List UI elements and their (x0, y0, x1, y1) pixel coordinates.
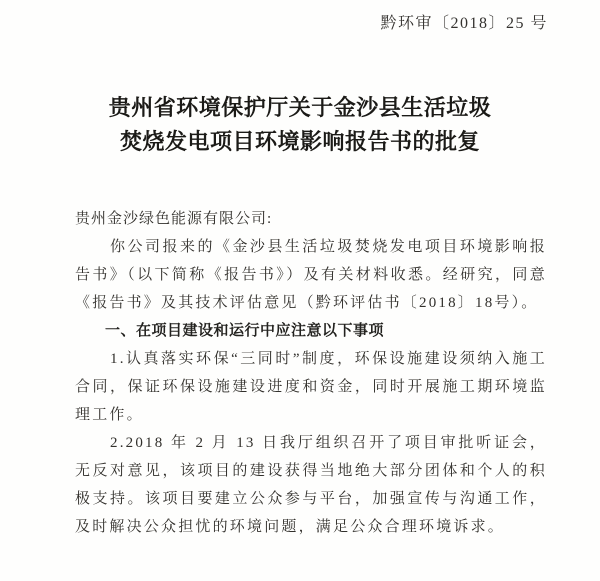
paragraph-receipt-approval: 你公司报来的《金沙县生活垃圾焚烧发电项目环境影响报告书》（以下简称《报告书》）及… (75, 233, 547, 317)
paragraph-item-2-public-hearing: 2.2018 年 2 月 13 日我厅组织召开了项目审批听证会，无反对意见，该项… (75, 429, 547, 541)
section-heading-notes: 一、在项目建设和运行中应注意以下事项 (75, 317, 547, 345)
document-body: 贵州金沙绿色能源有限公司: 你公司报来的《金沙县生活垃圾焚烧发电项目环境影响报告… (75, 205, 547, 541)
paragraph-item-1-three-simultaneous: 1.认真落实环保“三同时”制度，环保设施建设须纳入施工合同，保证环保设施建设进度… (75, 345, 547, 429)
document-title-line-2: 焚烧发电项目环境影响报告书的批复 (30, 125, 570, 159)
salutation-line: 贵州金沙绿色能源有限公司: (75, 205, 547, 233)
document-number: 黔环审〔2018〕25 号 (0, 0, 600, 35)
document-title-line-1: 贵州省环境保护厅关于金沙县生活垃圾 (30, 91, 570, 125)
document-page: 黔环审〔2018〕25 号 贵州省环境保护厅关于金沙县生活垃圾 焚烧发电项目环境… (0, 0, 600, 581)
document-title: 贵州省环境保护厅关于金沙县生活垃圾 焚烧发电项目环境影响报告书的批复 (30, 91, 570, 159)
